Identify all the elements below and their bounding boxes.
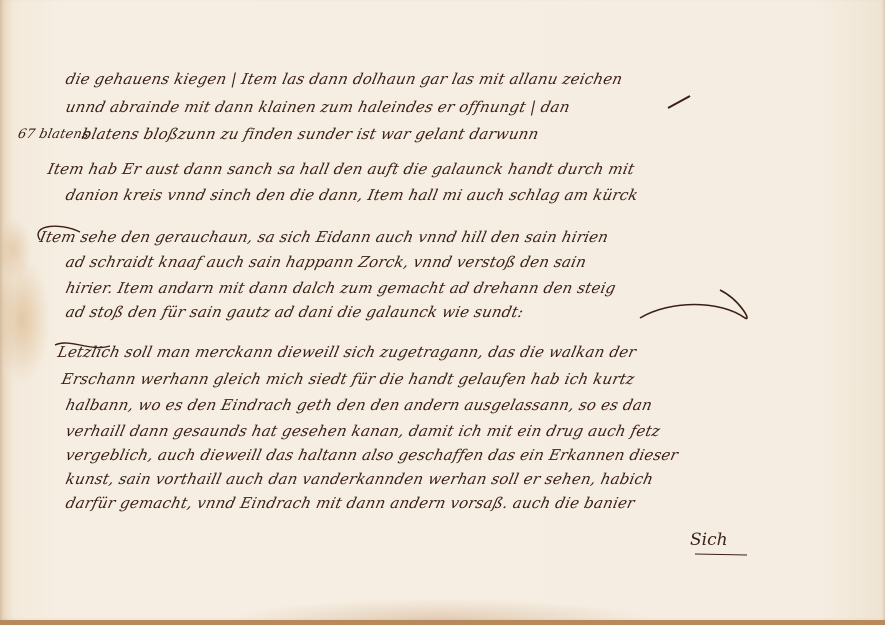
page-bottom-edge [0,620,885,625]
flourish-stroke [0,0,885,625]
manuscript-page: 67 blatens die gehauens kiegen | Item la… [0,0,885,625]
signature: Sich [690,530,728,550]
